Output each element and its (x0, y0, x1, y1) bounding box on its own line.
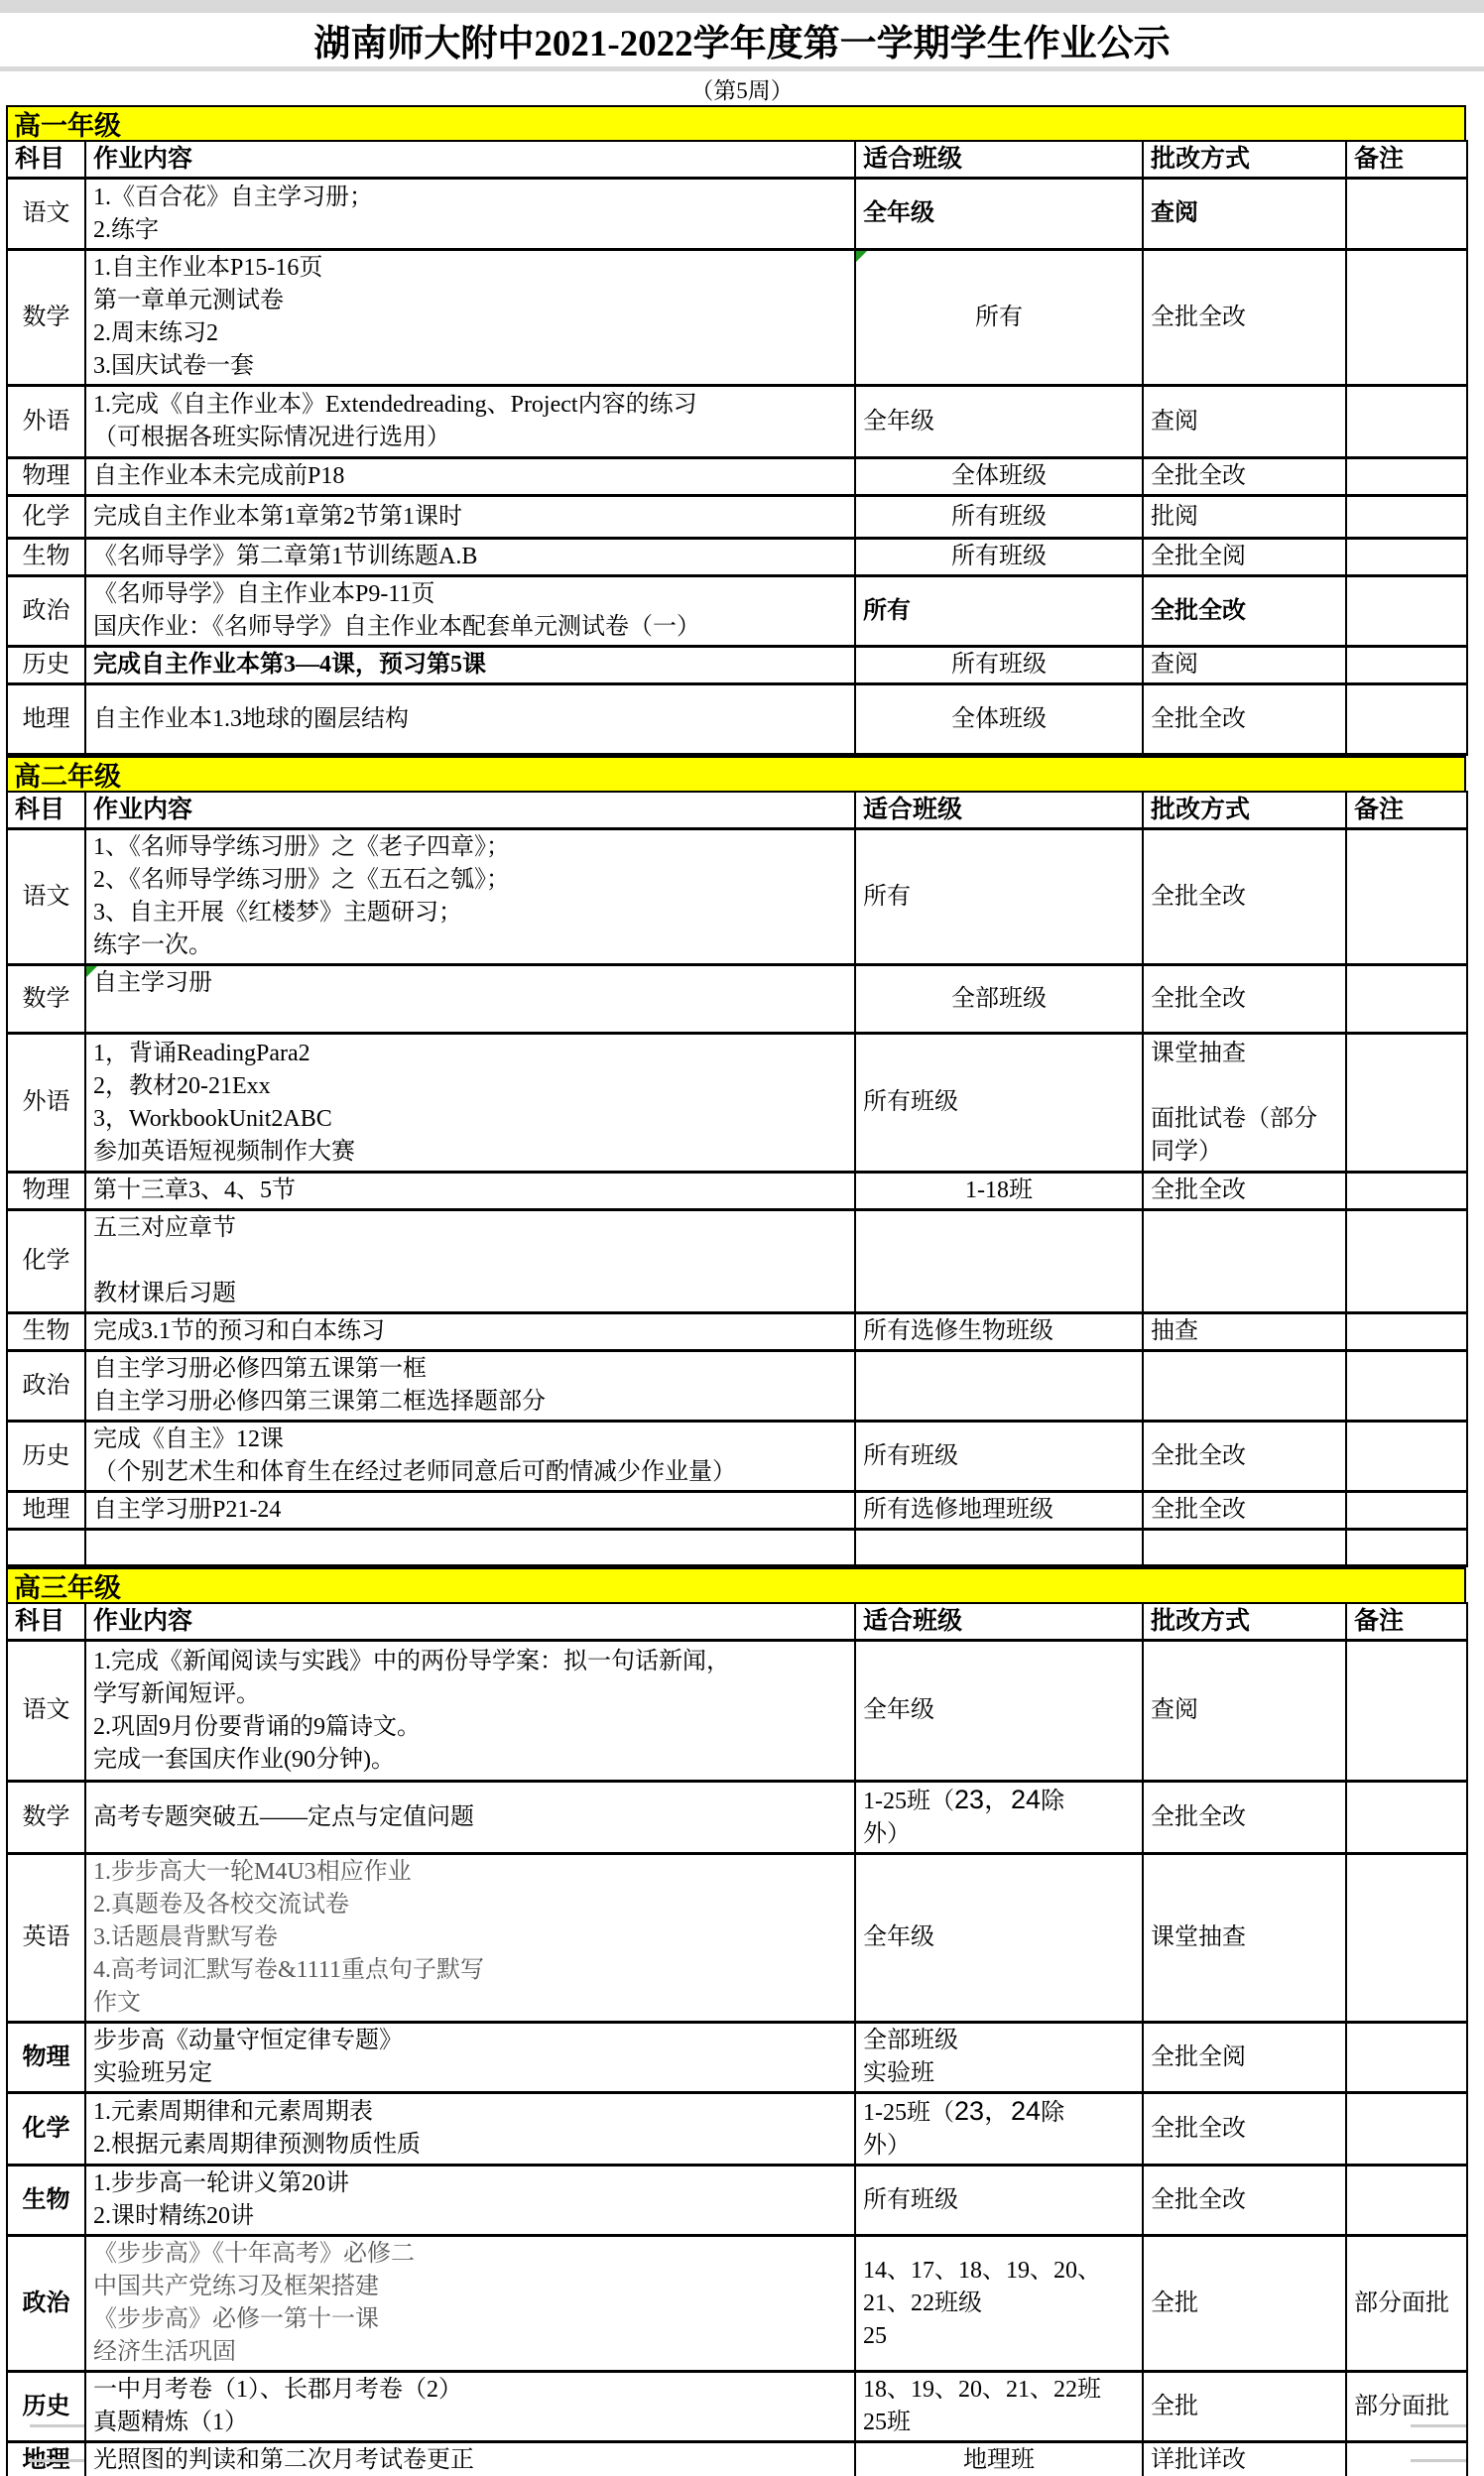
grading-cell: 全批全改 (1143, 1422, 1346, 1492)
gridline-stub (30, 2424, 84, 2427)
classes-cell: 1-25班（23，24除外） (855, 2093, 1143, 2166)
grading-cell: 全批全改 (1143, 1173, 1346, 1210)
content-line: 学写新闻短评。 (93, 1678, 847, 1711)
content-line: 《名师导学》自主作业本P9-11页 (93, 578, 847, 611)
sections-container: 高一年级科目作业内容适合班级批改方式备注语文1.《百合花》自主学习册；2.练字全… (0, 105, 1484, 2476)
content-cell: 自主作业本1.3地球的圈层结构 (85, 684, 855, 755)
content-line: 实验班 (863, 2057, 1135, 2090)
content-line: 14、17、18、19、20、 (863, 2255, 1135, 2288)
table-row: 地理自主作业本1.3地球的圈层结构全体班级全批全改 (7, 684, 1467, 755)
content-cell: 1.步步高大一轮M4U3相应作业2.真题卷及各校交流试卷3.话题晨背默写卷4.高… (85, 1854, 855, 2023)
content-line: 3、自主开展《红楼梦》主题研习； (93, 897, 847, 929)
gridline-stub (1411, 2424, 1466, 2427)
classes-cell: 全部班级实验班 (855, 2023, 1143, 2093)
column-header-cell: 批改方式 (1143, 141, 1346, 179)
subject-cell: 外语 (7, 1034, 85, 1173)
content-line: 教材课后习题 (93, 1278, 847, 1310)
comment-marker-icon (856, 251, 867, 262)
classes-cell: 全年级 (855, 179, 1143, 250)
column-header-cell: 批改方式 (1143, 1603, 1346, 1641)
content-line: 25 (863, 2320, 1135, 2353)
note-cell (1346, 576, 1467, 647)
classes-cell: 全部班级 (855, 965, 1143, 1034)
content-line: 1-25班（23，24除 (863, 2095, 1135, 2130)
subject-cell: 化学 (7, 1210, 85, 1313)
content-line: 高考专题突破五——定点与定值问题 (93, 1801, 847, 1834)
content-line: （可根据各班实际情况进行选用） (93, 422, 847, 454)
note-cell (1346, 2023, 1467, 2093)
homework-announcement-page: 湖南师大附中2021-2022学年度第一学期学生作业公示 （第5周） 高一年级科… (0, 0, 1484, 2476)
content-line: 完成3.1节的预习和白本练习 (93, 1315, 847, 1348)
content-line: 《步步高》必修一第十一课 (93, 2303, 847, 2336)
content-line: 查阅 (1151, 406, 1338, 438)
content-line: 所有班级 (863, 501, 1135, 534)
classes-cell: 所有班级 (855, 539, 1143, 576)
content-line: 全批 (1151, 2288, 1338, 2320)
classes-cell: 所有 (855, 250, 1143, 386)
content-line: 3，WorkbookUnit2ABC (93, 1103, 847, 1136)
content-line: 1.元素周期律和元素周期表 (93, 2096, 847, 2129)
classes-cell: 所有班级 (855, 496, 1143, 539)
content-line: 面批试卷（部分 (1151, 1103, 1338, 1136)
content-line: 1.完成《新闻阅读与实践》中的两份导学案：拟一句话新闻， (93, 1646, 847, 1678)
content-line: 中国共产党练习及框架搭建 (93, 2271, 847, 2303)
content-line: 课堂抽查 (1151, 1921, 1338, 1954)
note-cell (1346, 1210, 1467, 1313)
subject-cell: 地理 (7, 684, 85, 755)
content-line: 全部班级 (863, 983, 1135, 1016)
header-row: 科目作业内容适合班级批改方式备注 (7, 141, 1467, 179)
gridline-stub (30, 2459, 84, 2462)
content-line: 自主学习册 (93, 967, 847, 1000)
grading-cell: 全批全改 (1143, 458, 1346, 496)
content-line: 1.步步高大一轮M4U3相应作业 (93, 1856, 847, 1889)
text-segment: 除 (1041, 2100, 1064, 2126)
classes-cell: 地理班 (855, 2442, 1143, 2476)
column-header-cell: 科目 (7, 792, 85, 829)
column-header-cell: 科目 (7, 1603, 85, 1641)
classes-cell: 全体班级 (855, 684, 1143, 755)
content-cell: 完成自主作业本第3—4课，预习第5课 (85, 647, 855, 684)
content-line: 所有 (863, 302, 1135, 334)
subject-cell: 政治 (7, 2236, 85, 2372)
content-line: （个别艺术生和体育生在经过老师同意后可酌情减少作业量） (93, 1456, 847, 1489)
header-row: 科目作业内容适合班级批改方式备注 (7, 1603, 1467, 1641)
grading-cell: 查阅 (1143, 179, 1346, 250)
content-line: 2.真题卷及各校交流试卷 (93, 1889, 847, 1921)
subject-cell: 外语 (7, 386, 85, 458)
content-line: 1-18班 (863, 1175, 1135, 1207)
table-row: 生物1.步步高一轮讲义第20讲2.课时精练20讲所有班级全批全改 (7, 2166, 1467, 2236)
content-line: 1.步步高一轮讲义第20讲 (93, 2167, 847, 2200)
note-cell (1346, 1034, 1467, 1173)
grading-cell: 课堂抽查 面批试卷（部分同学） (1143, 1034, 1346, 1173)
classes-cell: 所有选修地理班级 (855, 1492, 1143, 1530)
subject-cell: 数学 (7, 250, 85, 386)
content-line: 1、《名师导学练习册》之《老子四章》； (93, 831, 847, 864)
subject-cell: 生物 (7, 539, 85, 576)
content-cell: 自主作业本未完成前P18 (85, 458, 855, 496)
content-line: 部分面批 (1354, 2288, 1459, 2320)
content-line: 自主作业本1.3地球的圈层结构 (93, 703, 847, 736)
note-cell (1346, 1422, 1467, 1492)
content-cell: 自主学习册 (85, 965, 855, 1034)
column-header-cell: 备注 (1346, 792, 1467, 829)
content-line (93, 1245, 847, 1278)
content-line: 全批全改 (1151, 703, 1338, 736)
content-line: 外） (863, 2130, 1135, 2163)
content-line: 完成一套国庆作业(90分钟)。 (93, 1744, 847, 1777)
content-line: 所有 (863, 595, 1135, 628)
content-line: 完成自主作业本第3—4课，预习第5课 (93, 649, 847, 681)
grading-cell (1143, 1351, 1346, 1422)
note-cell (1346, 2166, 1467, 2236)
content-line: 所有选修生物班级 (863, 1315, 1135, 1348)
content-line: 4.高考词汇默写卷&1111重点句子默写 (93, 1954, 847, 1987)
table-row: 地理光照图的判读和第二次月考试卷更正地理班详批详改 (7, 2442, 1467, 2476)
content-cell: 1.步步高一轮讲义第20讲2.课时精练20讲 (85, 2166, 855, 2236)
table-row: 化学1.元素周期律和元素周期表2.根据元素周期律预测物质性质1-25班（23，2… (7, 2093, 1467, 2166)
note-cell (1346, 1492, 1467, 1530)
classes-cell (855, 1210, 1143, 1313)
grading-cell: 查阅 (1143, 647, 1346, 684)
content-cell: 1.《百合花》自主学习册；2.练字 (85, 179, 855, 250)
note-cell (1346, 647, 1467, 684)
content-line: 国庆作业：《名师导学》自主作业本配套单元测试卷（一） (93, 611, 847, 644)
note-cell (1346, 496, 1467, 539)
table-row: 外语1.完成《自主作业本》Extendedreading、Project内容的练… (7, 386, 1467, 458)
note-cell (1346, 250, 1467, 386)
content-cell: 高考专题突破五——定点与定值问题 (85, 1782, 855, 1854)
section-band: 高二年级 (6, 756, 1466, 791)
classes-cell: 1-25班（23，24除外） (855, 1782, 1143, 1854)
classes-cell: 所有选修生物班级 (855, 1313, 1143, 1351)
header-row: 科目作业内容适合班级批改方式备注 (7, 792, 1467, 829)
content-line: 批阅 (1151, 501, 1338, 534)
content-line: 全年级 (863, 1694, 1135, 1727)
page-subtitle-row: （第5周） (0, 71, 1484, 105)
content-line: 全批全改 (1151, 2184, 1338, 2217)
table-row: 英语1.步步高大一轮M4U3相应作业2.真题卷及各校交流试卷3.话题晨背默写卷4… (7, 1854, 1467, 2023)
content-line: 1，背诵ReadingPara2 (93, 1038, 847, 1070)
column-header-cell: 适合班级 (855, 1603, 1143, 1641)
note-cell (1346, 386, 1467, 458)
content-line: 外） (863, 1818, 1135, 1851)
text-segment: 除 (1041, 1789, 1064, 1814)
note-cell (1346, 1313, 1467, 1351)
content-line: 所有班级 (863, 2184, 1135, 2217)
subject-cell: 语文 (7, 829, 85, 965)
classes-cell: 所有 (855, 576, 1143, 647)
classes-cell: 所有班级 (855, 1422, 1143, 1492)
content-line: 2.课时精练20讲 (93, 2200, 847, 2233)
content-cell: 五三对应章节 教材课后习题 (85, 1210, 855, 1313)
grading-cell: 查阅 (1143, 1641, 1346, 1782)
content-line: 2.练字 (93, 214, 847, 247)
grading-cell: 全批全阅 (1143, 2023, 1346, 2093)
subject-cell (7, 1530, 85, 1566)
subject-cell: 物理 (7, 1173, 85, 1210)
comment-marker-icon (86, 966, 97, 977)
content-line: 自主学习册必修四第三课第二框选择题部分 (93, 1386, 847, 1419)
content-line: 1.《百合花》自主学习册； (93, 182, 847, 214)
section-band: 高一年级 (6, 105, 1466, 140)
note-cell (1346, 1351, 1467, 1422)
content-line: 课堂抽查 (1151, 1038, 1338, 1070)
content-cell: 步步高《动量守恒定律专题》实验班另定 (85, 2023, 855, 2093)
content-line: 2.巩固9月份要背诵的9篇诗文。 (93, 1711, 847, 1744)
content-line: 所有班级 (863, 1086, 1135, 1119)
content-cell: 1、《名师导学练习册》之《老子四章》；2、《名师导学练习册》之《五石之瓠》；3、… (85, 829, 855, 965)
note-cell: 部分面批 (1346, 2372, 1467, 2442)
content-line: 完成自主作业本第1章第2节第1课时 (93, 501, 847, 534)
grading-cell: 查阅 (1143, 386, 1346, 458)
content-line: 完成《自主》12课 (93, 1424, 847, 1456)
table-row: 物理第十三章3、4、5节1-18班全批全改 (7, 1173, 1467, 1210)
content-cell: 自主学习册必修四第五课第一框自主学习册必修四第三课第二框选择题部分 (85, 1351, 855, 1422)
content-line (1151, 1070, 1338, 1103)
table-row: 化学完成自主作业本第1章第2节第1课时所有班级批阅 (7, 496, 1467, 539)
grading-cell (1143, 1530, 1346, 1566)
table-row: 语文1.《百合花》自主学习册；2.练字全年级查阅 (7, 179, 1467, 250)
note-cell: 部分面批 (1346, 2236, 1467, 2372)
content-cell: 《名师导学》第二章第1节训练题A.B (85, 539, 855, 576)
table-row: 历史完成《自主》12课（个别艺术生和体育生在经过老师同意后可酌情减少作业量）所有… (7, 1422, 1467, 1492)
grading-cell: 全批全改 (1143, 684, 1346, 755)
content-line: 3.国庆试卷一套 (93, 350, 847, 383)
table-row: 语文1、《名师导学练习册》之《老子四章》；2、《名师导学练习册》之《五石之瓠》；… (7, 829, 1467, 965)
note-cell (1346, 1173, 1467, 1210)
content-line: 全批全阅 (1151, 2042, 1338, 2074)
content-line: 1.自主作业本P15-16页 (93, 252, 847, 285)
subject-cell: 政治 (7, 1351, 85, 1422)
classes-cell: 所有 (855, 829, 1143, 965)
table-row: 数学1.自主作业本P15-16页第一章单元测试卷2.周末练习23.国庆试卷一套所… (7, 250, 1467, 386)
table-row: 政治自主学习册必修四第五课第一框自主学习册必修四第三课第二框选择题部分 (7, 1351, 1467, 1422)
subject-cell: 数学 (7, 1782, 85, 1854)
subject-cell: 生物 (7, 1313, 85, 1351)
content-line: 全批全改 (1151, 983, 1338, 1016)
content-line: 详批详改 (1151, 2444, 1338, 2476)
page-top-margin (0, 0, 1484, 13)
content-line: 全年级 (863, 197, 1135, 230)
content-line: 查阅 (1151, 1694, 1338, 1727)
classes-cell: 全年级 (855, 1854, 1143, 2023)
content-line: 一中月考卷（1）、长郡月考卷（2） (93, 2374, 847, 2407)
column-header-cell: 备注 (1346, 1603, 1467, 1641)
content-line: 经济生活巩固 (93, 2336, 847, 2369)
table-row (7, 1530, 1467, 1566)
content-line: 《名师导学》第二章第1节训练题A.B (93, 541, 847, 573)
classes-cell (855, 1530, 1143, 1566)
classes-cell: 14、17、18、19、20、21、22班级25 (855, 2236, 1143, 2372)
bold-segment: 23，24 (954, 2096, 1041, 2126)
content-line: 自主作业本未完成前P18 (93, 460, 847, 493)
homework-table: 科目作业内容适合班级批改方式备注语文1.完成《新闻阅读与实践》中的两份导学案：拟… (6, 1602, 1468, 2476)
page-subtitle: （第5周） (690, 72, 794, 105)
content-line: 五三对应章节 (93, 1212, 847, 1245)
grading-cell: 全批全阅 (1143, 539, 1346, 576)
column-header-cell: 备注 (1346, 141, 1467, 179)
content-line: 所有班级 (863, 1440, 1135, 1473)
column-header-cell: 适合班级 (855, 792, 1143, 829)
content-line: 全批全阅 (1151, 541, 1338, 573)
content-line: 同学） (1151, 1136, 1338, 1169)
content-line: 所有班级 (863, 541, 1135, 573)
table-row: 政治《名师导学》自主作业本P9-11页国庆作业：《名师导学》自主作业本配套单元测… (7, 576, 1467, 647)
subject-cell: 语文 (7, 179, 85, 250)
table-row: 数学自主学习册全部班级全批全改 (7, 965, 1467, 1034)
note-cell (1346, 1854, 1467, 2023)
content-line: 25班 (863, 2407, 1135, 2439)
table-row: 生物《名师导学》第二章第1节训练题A.B所有班级全批全阅 (7, 539, 1467, 576)
column-header-cell: 适合班级 (855, 141, 1143, 179)
content-line: 全批全改 (1151, 1440, 1338, 1473)
content-line: 3.话题晨背默写卷 (93, 1921, 847, 1954)
column-header-cell: 批改方式 (1143, 792, 1346, 829)
grading-cell: 详批详改 (1143, 2442, 1346, 2476)
classes-cell: 1-18班 (855, 1173, 1143, 1210)
column-header-cell: 科目 (7, 141, 85, 179)
content-line: 自主学习册P21-24 (93, 1494, 847, 1527)
content-line: 步步高《动量守恒定律专题》 (93, 2025, 847, 2057)
content-line: 全部班级 (863, 2025, 1135, 2057)
grading-cell: 全批全改 (1143, 250, 1346, 386)
table-row: 历史一中月考卷（1）、长郡月考卷（2）真题精炼（1）18、19、20、21、22… (7, 2372, 1467, 2442)
grading-cell (1143, 1210, 1346, 1313)
content-cell: 1.元素周期律和元素周期表2.根据元素周期律预测物质性质 (85, 2093, 855, 2166)
content-cell: 一中月考卷（1）、长郡月考卷（2）真题精炼（1） (85, 2372, 855, 2442)
content-cell: 第十三章3、4、5节 (85, 1173, 855, 1210)
subject-cell: 英语 (7, 1854, 85, 2023)
note-cell (1346, 1530, 1467, 1566)
note-cell (1346, 458, 1467, 496)
content-cell: 《步步高》《十年高考》必修二中国共产党练习及框架搭建《步步高》必修一第十一课经济… (85, 2236, 855, 2372)
content-line: 所有 (863, 881, 1135, 914)
content-line: 全批全改 (1151, 302, 1338, 334)
section-band: 高三年级 (6, 1567, 1466, 1602)
content-line: 18、19、20、21、22班 (863, 2374, 1135, 2407)
content-line: 第一章单元测试卷 (93, 285, 847, 317)
content-line: 查阅 (1151, 649, 1338, 681)
content-line: 光照图的判读和第二次月考试卷更正 (93, 2444, 847, 2476)
subject-cell: 生物 (7, 2166, 85, 2236)
grading-cell: 全批全改 (1143, 2166, 1346, 2236)
content-line: 1.完成《自主作业本》Extendedreading、Project内容的练习 (93, 389, 847, 422)
content-cell: 自主学习册P21-24 (85, 1492, 855, 1530)
table-row: 物理步步高《动量守恒定律专题》实验班另定全部班级实验班全批全阅 (7, 2023, 1467, 2093)
content-cell: 1，背诵ReadingPara22，教材20-21Exx3，WorkbookUn… (85, 1034, 855, 1173)
content-cell: 完成《自主》12课（个别艺术生和体育生在经过老师同意后可酌情减少作业量） (85, 1422, 855, 1492)
table-row: 物理自主作业本未完成前P18全体班级全批全改 (7, 458, 1467, 496)
subject-cell: 地理 (7, 1492, 85, 1530)
content-line: 全体班级 (863, 460, 1135, 493)
content-line: 2、《名师导学练习册》之《五石之瓠》； (93, 864, 847, 897)
content-cell: 完成3.1节的预习和白本练习 (85, 1313, 855, 1351)
content-line: 《步步高》《十年高考》必修二 (93, 2238, 847, 2271)
note-cell (1346, 539, 1467, 576)
grading-cell: 全批 (1143, 2372, 1346, 2442)
content-cell: 《名师导学》自主作业本P9-11页国庆作业：《名师导学》自主作业本配套单元测试卷… (85, 576, 855, 647)
content-line: 查阅 (1151, 197, 1338, 230)
subject-cell: 物理 (7, 2023, 85, 2093)
classes-cell: 全体班级 (855, 458, 1143, 496)
grading-cell: 全批 (1143, 2236, 1346, 2372)
table-row: 外语1，背诵ReadingPara22，教材20-21Exx3，Workbook… (7, 1034, 1467, 1173)
content-cell: 光照图的判读和第二次月考试卷更正 (85, 2442, 855, 2476)
table-row: 数学高考专题突破五——定点与定值问题1-25班（23，24除外）全批全改 (7, 1782, 1467, 1854)
content-line: 作文 (93, 1987, 847, 2020)
content-cell (85, 1530, 855, 1566)
table-row: 历史完成自主作业本第3—4课，预习第5课所有班级查阅 (7, 647, 1467, 684)
subject-cell: 历史 (7, 647, 85, 684)
content-line: 全体班级 (863, 703, 1135, 736)
content-cell: 1.完成《自主作业本》Extendedreading、Project内容的练习（… (85, 386, 855, 458)
classes-cell (855, 1351, 1143, 1422)
content-line: 2.周末练习2 (93, 317, 847, 350)
content-line: 全批全改 (1151, 2113, 1338, 2146)
content-line: 练字一次。 (93, 929, 847, 962)
table-row: 生物完成3.1节的预习和白本练习所有选修生物班级抽查 (7, 1313, 1467, 1351)
note-cell (1346, 1782, 1467, 1854)
gridline-stub (1411, 2459, 1466, 2462)
homework-table: 科目作业内容适合班级批改方式备注语文1、《名师导学练习册》之《老子四章》；2、《… (6, 791, 1468, 1567)
content-line: 第十三章3、4、5节 (93, 1175, 847, 1207)
page-title: 湖南师大附中2021-2022学年度第一学期学生作业公示 (313, 13, 1170, 66)
table-row: 语文1.完成《新闻阅读与实践》中的两份导学案：拟一句话新闻，学写新闻短评。2.巩… (7, 1641, 1467, 1782)
content-line: 真题精炼（1） (93, 2407, 847, 2439)
text-segment: 1-25班（ (863, 2100, 954, 2126)
content-cell: 完成自主作业本第1章第2节第1课时 (85, 496, 855, 539)
classes-cell: 全年级 (855, 386, 1143, 458)
homework-table: 科目作业内容适合班级批改方式备注语文1.《百合花》自主学习册；2.练字全年级查阅… (6, 140, 1468, 756)
content-line: 所有班级 (863, 649, 1135, 681)
content-line: 抽查 (1151, 1315, 1338, 1348)
column-header-cell: 作业内容 (85, 141, 855, 179)
classes-cell: 全年级 (855, 1641, 1143, 1782)
page-title-row: 湖南师大附中2021-2022学年度第一学期学生作业公示 (0, 13, 1484, 66)
content-line: 部分面批 (1354, 2391, 1459, 2423)
classes-cell: 所有班级 (855, 2166, 1143, 2236)
grading-cell: 全批全改 (1143, 1782, 1346, 1854)
content-line: 1-25班（23，24除 (863, 1784, 1135, 1818)
note-cell (1346, 965, 1467, 1034)
classes-cell: 18、19、20、21、22班25班 (855, 2372, 1143, 2442)
grading-cell: 抽查 (1143, 1313, 1346, 1351)
content-line: 实验班另定 (93, 2057, 847, 2090)
content-line: 2，教材20-21Exx (93, 1070, 847, 1103)
content-line: 全年级 (863, 1921, 1135, 1954)
content-line: 全批全改 (1151, 1494, 1338, 1527)
bold-segment: 23，24 (954, 1785, 1041, 1814)
content-cell: 1.自主作业本P15-16页第一章单元测试卷2.周末练习23.国庆试卷一套 (85, 250, 855, 386)
classes-cell: 所有班级 (855, 647, 1143, 684)
column-header-cell: 作业内容 (85, 792, 855, 829)
note-cell (1346, 1641, 1467, 1782)
note-cell (1346, 2093, 1467, 2166)
content-line: 全批全改 (1151, 1175, 1338, 1207)
grading-cell: 全批全改 (1143, 2093, 1346, 2166)
table-row: 化学五三对应章节 教材课后习题 (7, 1210, 1467, 1313)
content-line: 全批 (1151, 2391, 1338, 2423)
content-line: 参加英语短视频制作大赛 (93, 1136, 847, 1169)
note-cell (1346, 179, 1467, 250)
table-row: 政治 《步步高》《十年高考》必修二中国共产党练习及框架搭建《步步高》必修一第十一… (7, 2236, 1467, 2372)
content-line: 全年级 (863, 406, 1135, 438)
note-cell (1346, 829, 1467, 965)
text-segment: 1-25班（ (863, 1789, 954, 1814)
grading-cell: 全批全改 (1143, 829, 1346, 965)
